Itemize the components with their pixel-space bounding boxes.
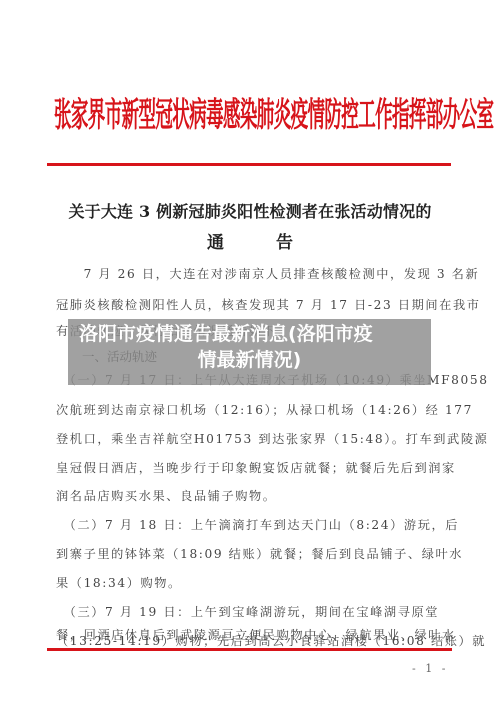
itinerary-line: 餐，回酒店休息后到武陵源亘立便民购物中心、绿航果业、绿叶水 xyxy=(56,627,444,643)
red-divider-bottom xyxy=(47,648,452,651)
headline-line-1: 洛阳市疫情通告最新消息(洛阳市疫 xyxy=(68,321,431,347)
headline-line-2: 情最新情况) xyxy=(68,347,431,373)
itinerary-line: （三）7 月 19 日：上午到宝峰湖游玩，期间在宝峰湖寻原堂 xyxy=(56,604,444,620)
intro-paragraph-line: 7 月 26 日，大连在对涉南京人员排查核酸检测中，发现 3 名新 xyxy=(56,266,444,282)
itinerary-line: 次航班到达南京禄口机场（12:16）；从禄口机场（14:26）经 177 xyxy=(56,402,444,418)
itinerary-line: 果（18:34）购物。 xyxy=(56,575,444,591)
itinerary-line: 登机口，乘坐吉祥航空H01753 到达张家界（15:48）。打车到武陵源 xyxy=(56,431,444,447)
headline-text: 洛阳市疫情通告最新消息(洛阳市疫 情最新情况) xyxy=(68,321,431,373)
notice-title: 关于大连 3 例新冠肺炎阳性检测者在张活动情况的 xyxy=(0,199,500,222)
itinerary-line: 润名品店购买水果、良品铺子购物。 xyxy=(56,488,444,504)
intro-paragraph-line: 冠肺炎核酸检测阳性人员，核查发现其 7 月 17 日-23 日期间在我市 xyxy=(56,297,444,313)
notice-subtitle-char-1: 通 xyxy=(207,233,224,253)
issuing-organization-header: 张家界市新型冠状病毒感染肺炎疫情防控工作指挥部办公室 xyxy=(54,90,450,138)
itinerary-line: 皇冠假日酒店，当晚步行于印象鲵宴饭店就餐；就餐后先后到润家 xyxy=(56,460,444,476)
notice-subtitle-char-2: 告 xyxy=(276,233,293,253)
page-number: - 1 - xyxy=(412,662,448,675)
itinerary-line: 到寨子里的钵钵菜（18:09 结账）就餐；餐后到良品铺子、绿叶水 xyxy=(56,546,444,562)
document-page: 张家界市新型冠状病毒感染肺炎疫情防控工作指挥部办公室 关于大连 3 例新冠肺炎阳… xyxy=(0,0,500,706)
red-divider-top xyxy=(47,163,451,166)
itinerary-line: （二）7 月 18 日：上午滴滴打车到达天门山（8:24）游玩，后 xyxy=(56,517,444,533)
notice-subtitle: 通告 xyxy=(0,228,500,253)
